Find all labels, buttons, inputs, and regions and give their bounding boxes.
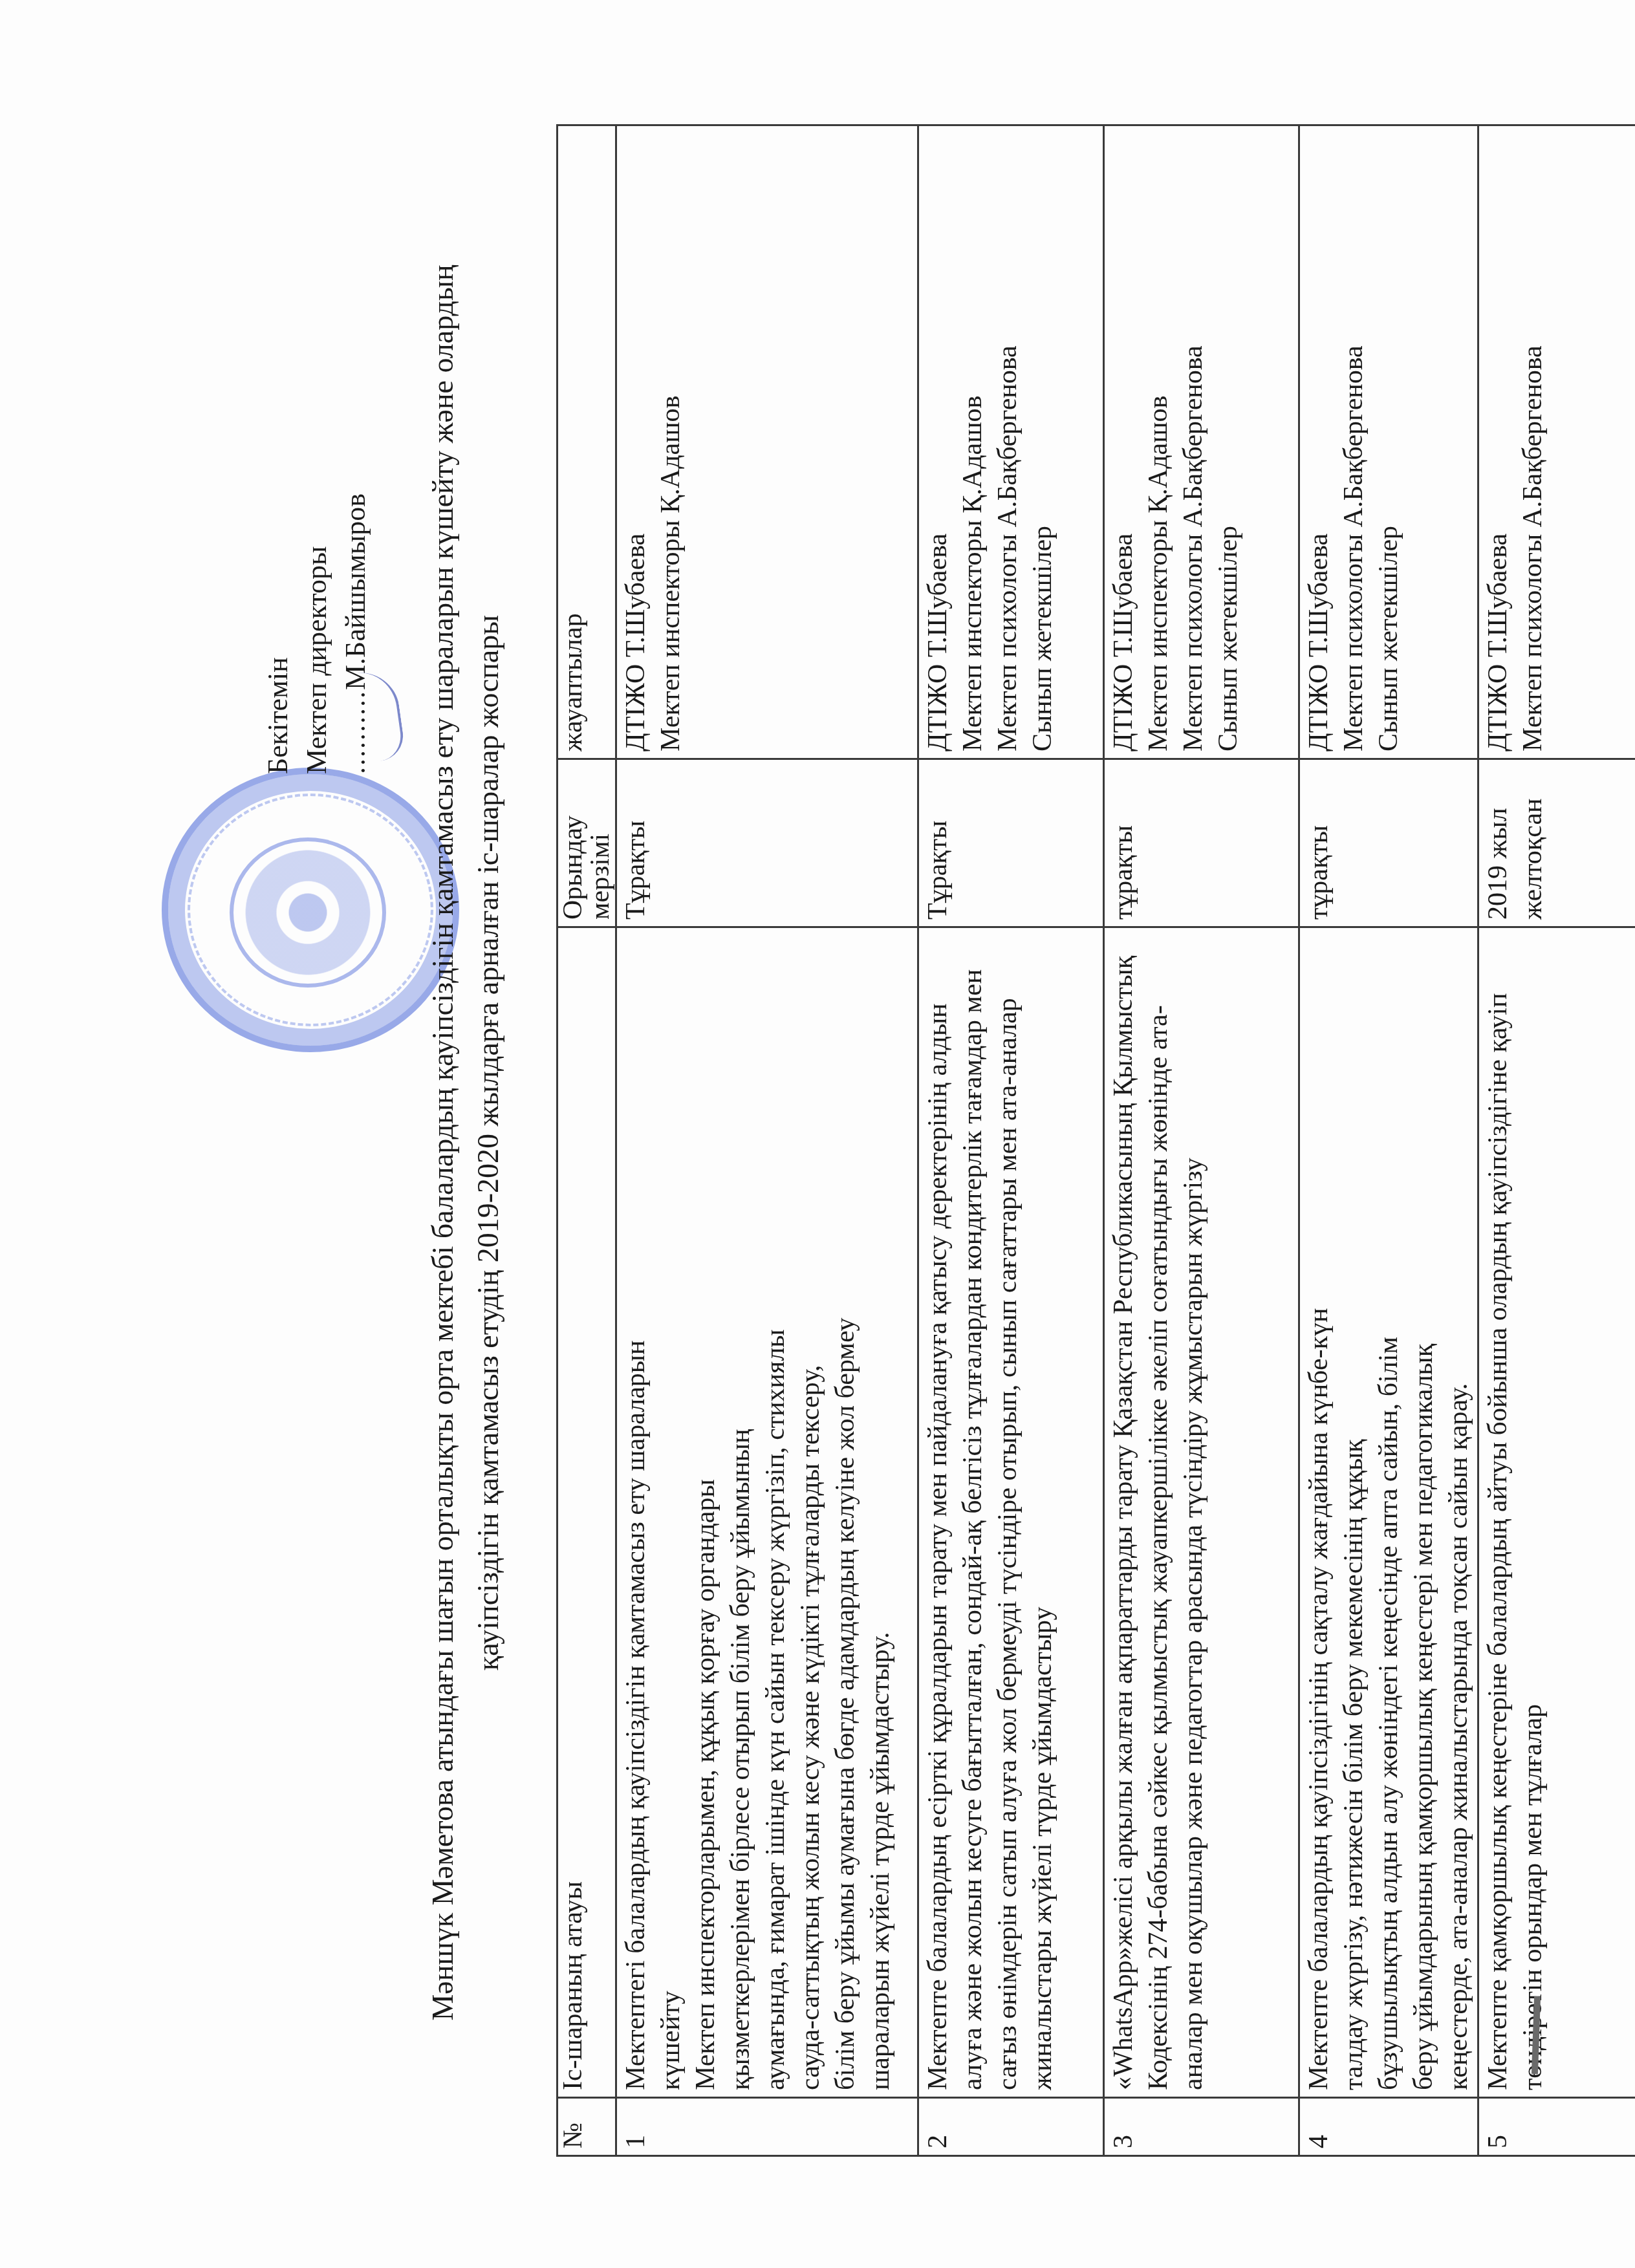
- responsible-person: Мектеп психологы А.Бақбергенова: [1176, 133, 1211, 751]
- responsible-list: ДТІЖО Т.Шубаева Мектеп психологы А.Бақбе…: [1299, 125, 1478, 759]
- activity-line: шараларын жүйелі түрде ұйымдастыру.: [863, 934, 898, 2090]
- activity-line: кеңестерде, ата-аналар жиналыстарында то…: [1441, 934, 1476, 2090]
- row-number: 2: [918, 2098, 1104, 2156]
- header-deadline: Орындау мерзімі: [558, 759, 616, 927]
- activity-line: Мектептегі балалардың қауіпсіздігін қамт…: [618, 934, 653, 2090]
- action-plan-table: № Іс-шараның атауы Орындау мерзімі жауап…: [556, 124, 1635, 2157]
- activity-name: «WhatsApp»желісі арқылы жалған ақпаратта…: [1104, 927, 1299, 2098]
- responsible-person: Сынып жетекшілер: [1371, 133, 1406, 751]
- table-row: 1 Мектептегі балалардың қауіпсіздігін қа…: [616, 125, 918, 2156]
- activity-line: білім беру ұйымы аумағына бөгде адамдард…: [828, 934, 863, 2090]
- deadline: 2019 жыл желтоқсан: [1478, 759, 1635, 927]
- document-page: Бекітемін Мектеп директоры ..........М.Б…: [0, 0, 1635, 2268]
- responsible-person: Сынып жетекшілер: [1025, 133, 1060, 751]
- responsible-person: Мектеп психологы А.Бақбергенова: [990, 133, 1025, 751]
- header-activity-name: Іс-шараның атауы: [558, 927, 616, 2098]
- seal-emblem-icon: [230, 837, 386, 988]
- header-number: №: [558, 2098, 616, 2156]
- responsible-person: ДТІЖО Т.Шубаева: [1106, 133, 1141, 751]
- responsible-person: Мектеп инспекторы Қ.Адашов: [653, 133, 688, 751]
- responsible-list: ДТІЖО Т.Шубаева Мектеп инспекторы Қ.Адаш…: [918, 125, 1104, 759]
- responsible-list: ДТІЖО Т.Шубаева Мектеп психологы А.Бақбе…: [1478, 125, 1635, 759]
- row-number: 3: [1104, 2098, 1299, 2156]
- deadline: тұрақты: [1104, 759, 1299, 927]
- table-header-row: № Іс-шараның атауы Орындау мерзімі жауап…: [558, 125, 616, 2156]
- activity-line: талдау жүргізу, нәтижесін білім беру мек…: [1336, 934, 1371, 2090]
- activity-line: Мектепте балалардың қауіпсіздігінің сақт…: [1301, 934, 1336, 2090]
- table-row: 5 Мектепте қамқоршылық кеңестеріне балал…: [1478, 125, 1635, 2156]
- responsible-list: ДТІЖО Т.Шубаева Мектеп инспекторы Қ.Адаш…: [616, 125, 918, 759]
- table-row: 3 «WhatsApp»желісі арқылы жалған ақпарат…: [1104, 125, 1299, 2156]
- deadline: Тұрақты: [918, 759, 1104, 927]
- table-row: 4 Мектепте балалардың қауіпсіздігінің са…: [1299, 125, 1478, 2156]
- responsible-person: ДТІЖО Т.Шубаева: [1480, 133, 1515, 751]
- approval-position: Мектеп директоры: [298, 321, 336, 774]
- responsible-person: Мектеп инспекторы Қ.Адашов: [955, 133, 990, 751]
- activity-line: қызметкерлерімен бірлесе отырып білім бе…: [723, 934, 758, 2090]
- responsible-person: ДТІЖО Т.Шубаева: [1301, 133, 1336, 751]
- responsible-person: ДТІЖО Т.Шубаева: [920, 133, 955, 751]
- approval-signatory: М.Байшымыров: [340, 493, 371, 690]
- official-seal-stamp: [162, 768, 459, 1052]
- title-line-1: Мәншүк Мәметова атындағы шағын орталықты…: [420, 134, 466, 2152]
- deadline: тұрақты: [1299, 759, 1478, 927]
- table-row: 2 Мектепте балалардың есірткі құралдарын…: [918, 125, 1104, 2156]
- activity-line: сауда-саттықтың жолын кесу және күдікті …: [793, 934, 828, 2090]
- row-number: 1: [616, 2098, 918, 2156]
- responsible-list: ДТІЖО Т.Шубаева Мектеп инспекторы Қ.Адаш…: [1104, 125, 1299, 759]
- activity-line: бұзушылықтың алдын алу жөніндегі кеңесін…: [1371, 934, 1406, 2090]
- activity-line: аумағында, ғимарат ішінде күн сайын текс…: [758, 934, 793, 2090]
- activity-line: күшейту: [653, 934, 688, 2090]
- activity-line: Мектеп инспекторларымен, құқық қорғау ор…: [688, 934, 723, 2090]
- header-responsible: жауаптылар: [558, 125, 616, 759]
- row-number: 5: [1478, 2098, 1635, 2156]
- responsible-person: Мектеп психологы А.Бақбергенова: [1515, 133, 1550, 751]
- responsible-person: Мектеп психологы А.Бақбергенова: [1336, 133, 1371, 751]
- responsible-person: Мектеп инспекторы Қ.Адашов: [1141, 133, 1176, 751]
- responsible-person: ДТІЖО Т.Шубаева: [618, 133, 653, 751]
- activity-name: Мектепте қамқоршылық кеңестеріне балалар…: [1478, 927, 1635, 2098]
- document-title: Мәншүк Мәметова атындағы шағын орталықты…: [420, 134, 511, 2152]
- activity-name: Мектептегі балалардың қауіпсіздігін қамт…: [616, 927, 918, 2098]
- approval-heading: Бекітемін: [259, 321, 298, 774]
- row-number: 4: [1299, 2098, 1478, 2156]
- activity-line: беру ұйымдарының қамқоршылық кеңестері м…: [1406, 934, 1441, 2090]
- deadline: Тұрақты: [616, 759, 918, 927]
- activity-name: Мектепте балалардың есірткі құралдарын т…: [918, 927, 1104, 2098]
- activity-name: Мектепте балалардың қауіпсіздігінің сақт…: [1299, 927, 1478, 2098]
- title-line-2: қауіпсіздігін қамтамасыз етудің 2019-202…: [466, 134, 511, 2152]
- responsible-person: Сынып жетекшілер: [1211, 133, 1246, 751]
